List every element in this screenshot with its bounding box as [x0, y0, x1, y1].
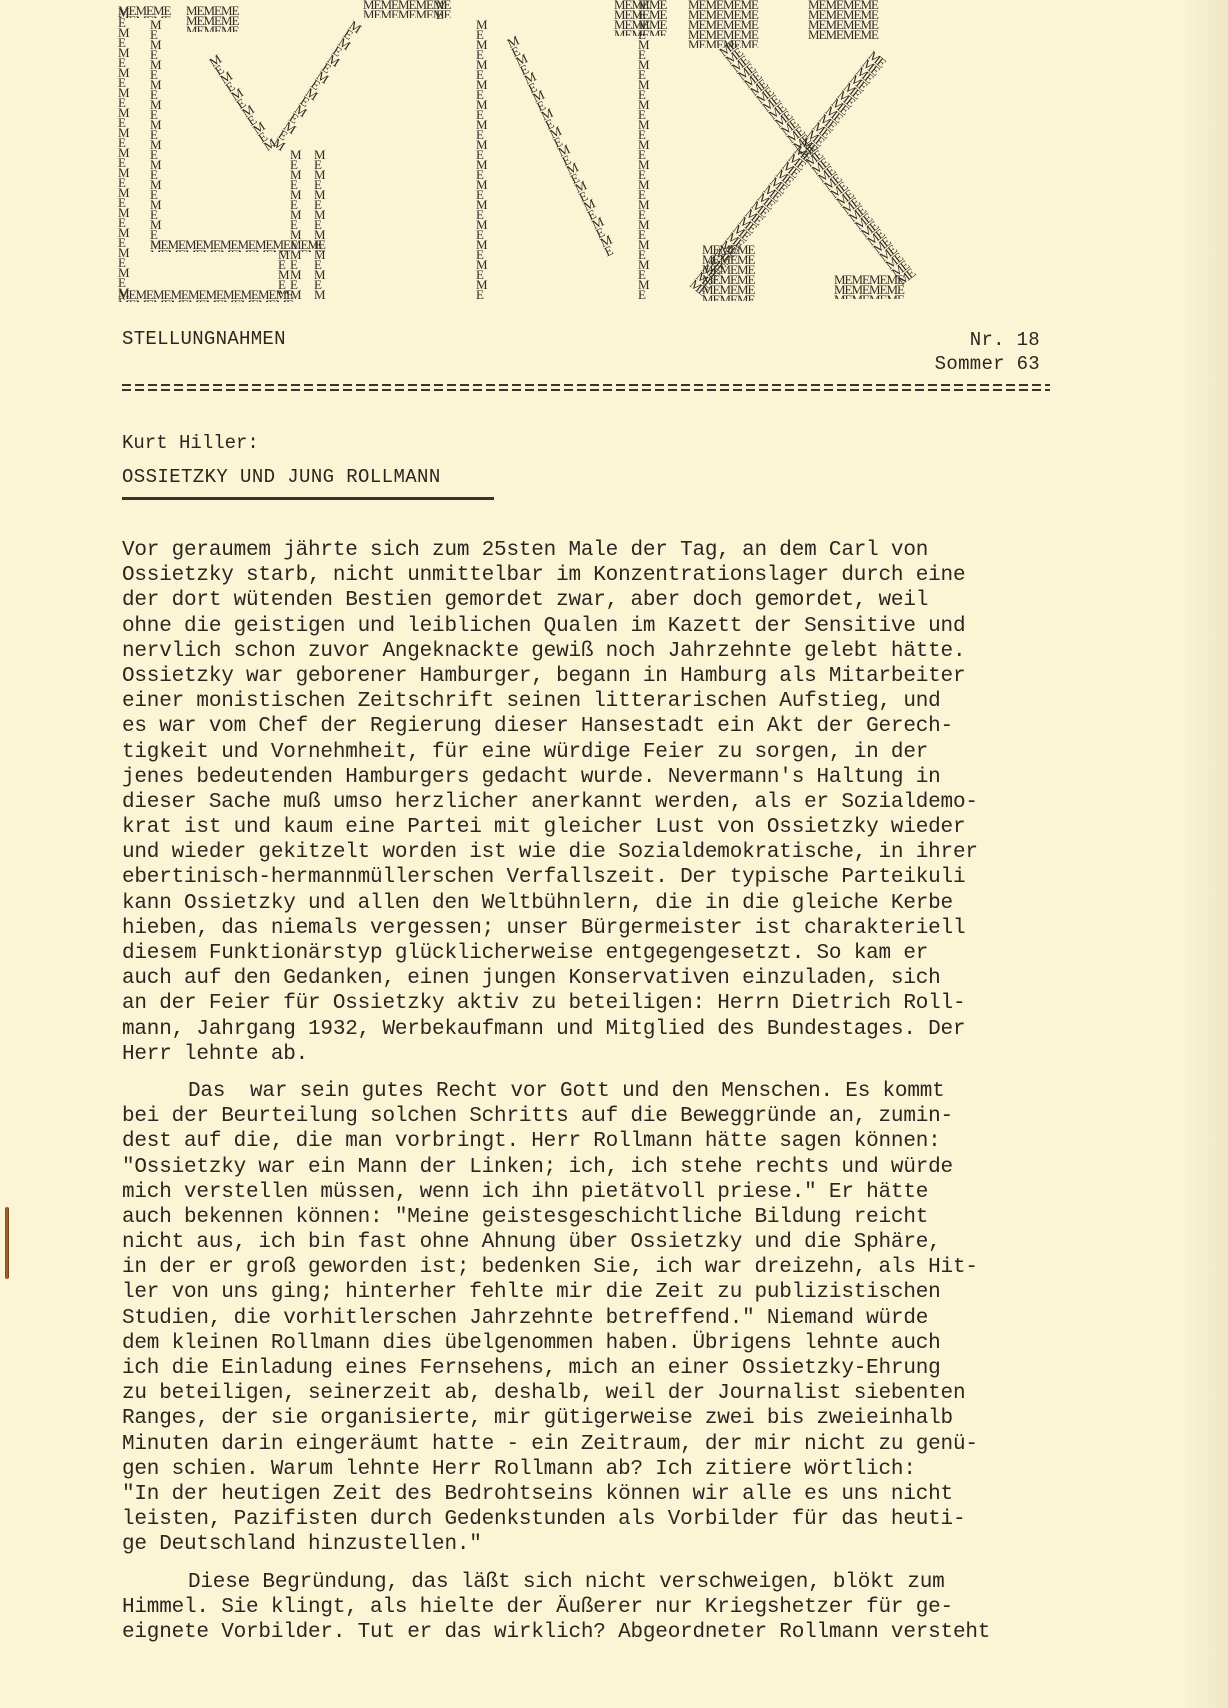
text-line: dem kleinen Rollmann dies übelgenommen h… — [122, 1331, 1122, 1356]
text-line: nicht aus, ich bin fast ohne Ahnung über… — [122, 1230, 1122, 1255]
letter-y-stem-b: MEMEMEMEMEMEMEMEMEMEMEMEMEMEMEMEMEMEMEME… — [314, 150, 328, 300]
issue-season: Sommer 63 — [935, 352, 1040, 376]
text-line: der dort wütenden Bestien gemordet zwar,… — [122, 588, 1122, 613]
text-line: Studien, die vorhitlerschen Jahrzehnte b… — [122, 1306, 1122, 1331]
letter-n-top: MEMEME — [436, 0, 448, 20]
text-line: ge Deutschland hinzustellen." — [122, 1532, 1122, 1557]
letter-x-top-left: MEMEMEMEMEMEMEMEMEMEMEMEMEMEMEMEMEMEMEME… — [688, 0, 764, 48]
author-byline: Kurt Hiller: — [122, 432, 259, 454]
text-line: eignete Vorbilder. Tut er das wirklich? … — [122, 1620, 1122, 1645]
text-line: hieben, das niemals vergessen; unser Bür… — [122, 916, 1122, 941]
paragraph-gap — [122, 1558, 1122, 1570]
letter-n-right-top: MEMEMEMEMEMEMEMEMEMEMEMEMEMEMEMEMEMEMEME… — [614, 0, 670, 36]
text-line: Ossietzky war geborener Hamburger, began… — [122, 664, 1122, 689]
masthead-lynx: MEMEMEMEMEMEMEMEMEMEMEMEMEMEMEMEMEMEMEME… — [118, 0, 1058, 310]
text-line: ohne die geistigen und leiblichen Qualen… — [122, 614, 1122, 639]
staple-mark — [5, 1207, 9, 1279]
text-line: einer monistischen Zeitschrift seinen li… — [122, 689, 1122, 714]
issue-info: Nr. 18 Sommer 63 — [935, 328, 1040, 376]
text-line: krat ist und kaum eine Partei mit gleich… — [122, 815, 1122, 840]
text-line: mich verstellen müssen, wenn ich ihn pie… — [122, 1180, 1122, 1205]
text-line: kann Ossietzky und allen den Weltbühnler… — [122, 891, 1122, 916]
text-line: in der er groß geworden ist; bedenken Si… — [122, 1255, 1122, 1280]
text-line: Vor geraumem jährte sich zum 25sten Male… — [122, 538, 1122, 563]
paragraph: Das war sein gutes Recht vor Gott und de… — [122, 1079, 1122, 1558]
text-line: bei der Beurteilung solchen Schritts auf… — [122, 1104, 1122, 1129]
text-line: und wieder gekitzelt worden ist wie die … — [122, 840, 1122, 865]
text-line: diesem Funktionärstyp glücklicherweise e… — [122, 941, 1122, 966]
text-line: "Ossietzky war ein Mann der Linken; ich,… — [122, 1155, 1122, 1180]
letter-x-top-right: MEMEMEMEMEMEMEMEMEMEMEMEMEMEMEMEMEMEMEME… — [808, 0, 880, 40]
text-line: tigkeit und Vornehmheit, für eine würdig… — [122, 740, 1122, 765]
letter-y-stem-a: MEMEMEMEMEMEMEMEMEMEMEMEMEMEMEMEMEMEMEME… — [290, 150, 304, 300]
text-line: Minuten darin eingeräumt hatte - ein Zei… — [122, 1432, 1122, 1457]
text-line: Herr lehnte ab. — [122, 1042, 1122, 1067]
text-line: leisten, Pazifisten durch Gedenkstunden … — [122, 1507, 1122, 1532]
letter-l-foot: MEMEMEMEMEMEMEMEMEMEMEMEMEMEMEMEMEMEMEME… — [118, 290, 298, 302]
text-line: mann, Jahrgang 1932, Werbekaufmann und M… — [122, 1017, 1122, 1042]
text-line: Das war sein gutes Recht vor Gott und de… — [122, 1079, 1122, 1104]
letter-x-foot-left: MEMEMEMEMEMEMEMEMEMEMEMEMEMEMEMEMEMEMEME… — [702, 245, 764, 301]
text-line: ler von uns ging; hinterher fehlte mir d… — [122, 1280, 1122, 1305]
text-line: zu beteiligen, seinerzeit ab, deshalb, w… — [122, 1381, 1122, 1406]
article-body: Vor geraumem jährte sich zum 25sten Male… — [122, 538, 1122, 1645]
letter-l-top: MEMEMEMEMEMEMEMEME — [118, 6, 176, 18]
letter-y-right-arm: MEMEMEMEMEMEMEMEMEMEMEMEMEMEMEMEMEMEMEME… — [271, 20, 364, 153]
text-line: es war vom Chef der Regierung dieser Han… — [122, 714, 1122, 739]
title-underline — [122, 497, 494, 500]
paragraph: Vor geraumem jährte sich zum 25sten Male… — [122, 538, 1122, 1067]
text-line: ebertinisch-hermannmüllerschen Verfallsz… — [122, 865, 1122, 890]
text-line: ich die Einladung eines Fernsehens, mich… — [122, 1356, 1122, 1381]
double-dash-separator — [122, 384, 1050, 392]
text-line: dest auf die, die man vorbringt. Herr Ro… — [122, 1129, 1122, 1154]
text-line: gen schien. Warum lehnte Herr Rollmann a… — [122, 1457, 1122, 1482]
paragraph: Diese Begründung, das läßt sich nicht ve… — [122, 1570, 1122, 1646]
text-line: Himmel. Sie klingt, als hielte der Äußer… — [122, 1595, 1122, 1620]
article-title: OSSIETZKY UND JUNG ROLLMANN — [122, 466, 441, 488]
paragraph-gap — [122, 1067, 1122, 1079]
text-line: Diese Begründung, das läßt sich nicht ve… — [122, 1570, 1122, 1595]
letter-l-stem: MEMEMEMEMEMEMEMEMEMEMEMEMEMEMEMEMEMEMEME… — [118, 8, 132, 300]
text-line: auch auf den Gedanken, einen jungen Kons… — [122, 966, 1122, 991]
text-line: dieser Sache muß umso herzlicher anerkan… — [122, 790, 1122, 815]
text-line: an der Feier für Ossietzky aktiv zu bete… — [122, 991, 1122, 1016]
letter-l-inner: MEMEMEMEMEMEMEMEMEMEMEMEMEMEMEMEMEMEMEME… — [150, 20, 164, 250]
text-line: Ranges, der sie organisierte, mir gütige… — [122, 1406, 1122, 1431]
text-line: "In der heutigen Zeit des Bedrohtseins k… — [122, 1482, 1122, 1507]
letter-n-diagonal: MEMEMEMEMEMEMEMEMEMEMEMEMEMEMEMEMEMEMEME… — [506, 34, 620, 257]
issue-number: Nr. 18 — [935, 328, 1040, 352]
text-line: auch bekennen können: "Meine geistesgesc… — [122, 1205, 1122, 1230]
letter-n-right: MEMEMEMEMEMEMEMEMEMEMEMEMEMEMEMEMEMEMEME… — [638, 0, 652, 300]
text-line: Ossietzky starb, nicht unmittelbar im Ko… — [122, 563, 1122, 588]
section-label: STELLUNGNAHMEN — [122, 328, 286, 350]
letter-x-foot-right: MEMEMEMEMEMEMEMEMEMEMEMEMEMEMEMEMEMEMEME… — [834, 275, 914, 299]
text-line: jenes bedeutenden Hamburgers gedacht wur… — [122, 765, 1122, 790]
letter-n-left: MEMEMEMEMEMEMEMEMEMEMEMEMEMEMEMEMEMEMEME… — [476, 20, 490, 300]
text-line: nervlich schon zuvor Angeknackte gewiß n… — [122, 639, 1122, 664]
letter-y-left-arm: MEMEMEMEMEMEMEMEMEMEMEMEMEMEMEMEMEMEMEM — [208, 52, 280, 152]
letter-y-left-top: MEMEMEMEMEMEMEMEMEMEMEMEMEMEMEMEMEMEM — [186, 6, 242, 32]
